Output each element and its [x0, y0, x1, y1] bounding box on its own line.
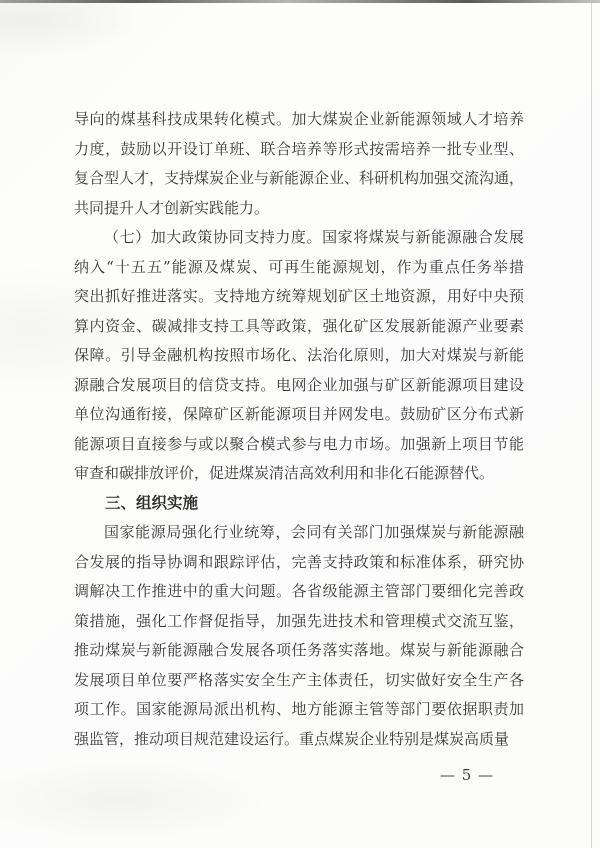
text-line: （七）加大政策协同支持力度。国家将煤炭与新能源融合发展 — [74, 223, 524, 253]
text-line: 源融合发展项目的信贷支持。电网企业加强与矿区新能源项目建设 — [74, 371, 524, 401]
text-line: 能源项目直接参与或以聚合模式参与电力市场。加强新上项目节能 — [74, 430, 524, 460]
page-number: — 5 — — [407, 764, 527, 786]
paragraph: （七）加大政策协同支持力度。国家将煤炭与新能源融合发展纳入“十五五”能源及煤炭、… — [74, 223, 524, 489]
text-line: 项工作。国家能源局派出机构、地方能源主管等部门要依据职责加 — [74, 695, 524, 725]
text-line: 共同提升人才创新实践能力。 — [74, 194, 524, 224]
text-line: 策措施，强化工作督促指导，加强先进技术和管理模式交流互鉴， — [74, 607, 524, 637]
paragraph: 导向的煤基科技成果转化模式。加大煤炭企业新能源领域人才培养力度，鼓励以开设订单班… — [74, 105, 524, 223]
text-line: 推动煤炭与新能源融合发展各项任务落实落地。煤炭与新能源融合 — [74, 636, 524, 666]
document-body: 导向的煤基科技成果转化模式。加大煤炭企业新能源领域人才培养力度，鼓励以开设订单班… — [74, 105, 524, 754]
text-line: 调解决工作推进中的重大问题。各省级能源主管部门要细化完善政 — [74, 577, 524, 607]
paragraph: 国家能源局强化行业统筹，会同有关部门加强煤炭与新能源融合发展的指导协调和跟踪评估… — [74, 518, 524, 754]
scan-right-edge-artifact — [591, 2, 592, 848]
text-line: 单位沟通衔接，保障矿区新能源项目并网发电。鼓励矿区分布式新 — [74, 400, 524, 430]
text-line: 力度，鼓励以开设订单班、联合培养等形式按需培养一批专业型、 — [74, 135, 524, 165]
text-line: 纳入“十五五”能源及煤炭、可再生能源规划，作为重点任务举措 — [74, 253, 524, 283]
scan-top-edge-artifact — [0, 0, 600, 3]
text-line: 审查和碳排放评价，促进煤炭清洁高效利用和非化石能源替代。 — [74, 459, 524, 489]
text-line: 三、组织实施 — [74, 489, 524, 519]
section-heading: 三、组织实施 — [74, 489, 524, 519]
text-line: 强监管，推动项目规范建设运行。重点煤炭企业特别是煤炭高质量 — [74, 725, 524, 755]
text-line: 国家能源局强化行业统筹，会同有关部门加强煤炭与新能源融 — [74, 518, 524, 548]
text-line: 合发展的指导协调和跟踪评估，完善支持政策和标准体系，研究协 — [74, 548, 524, 578]
text-line: 突出抓好推进落实。支持地方统筹规划矿区土地资源，用好中央预 — [74, 282, 524, 312]
text-line: 复合型人才，支持煤炭企业与新能源企业、科研机构加强交流沟通， — [74, 164, 524, 194]
scanned-document-page: 导向的煤基科技成果转化模式。加大煤炭企业新能源领域人才培养力度，鼓励以开设订单班… — [0, 0, 600, 848]
text-line: 发展项目单位要严格落实安全生产主体责任，切实做好安全生产各 — [74, 666, 524, 696]
text-line: 保障。引导金融机构按照市场化、法治化原则，加大对煤炭与新能 — [74, 341, 524, 371]
text-line: 导向的煤基科技成果转化模式。加大煤炭企业新能源领域人才培养 — [74, 105, 524, 135]
text-line: 算内资金、碳减排支持工具等政策，强化矿区发展新能源产业要素 — [74, 312, 524, 342]
